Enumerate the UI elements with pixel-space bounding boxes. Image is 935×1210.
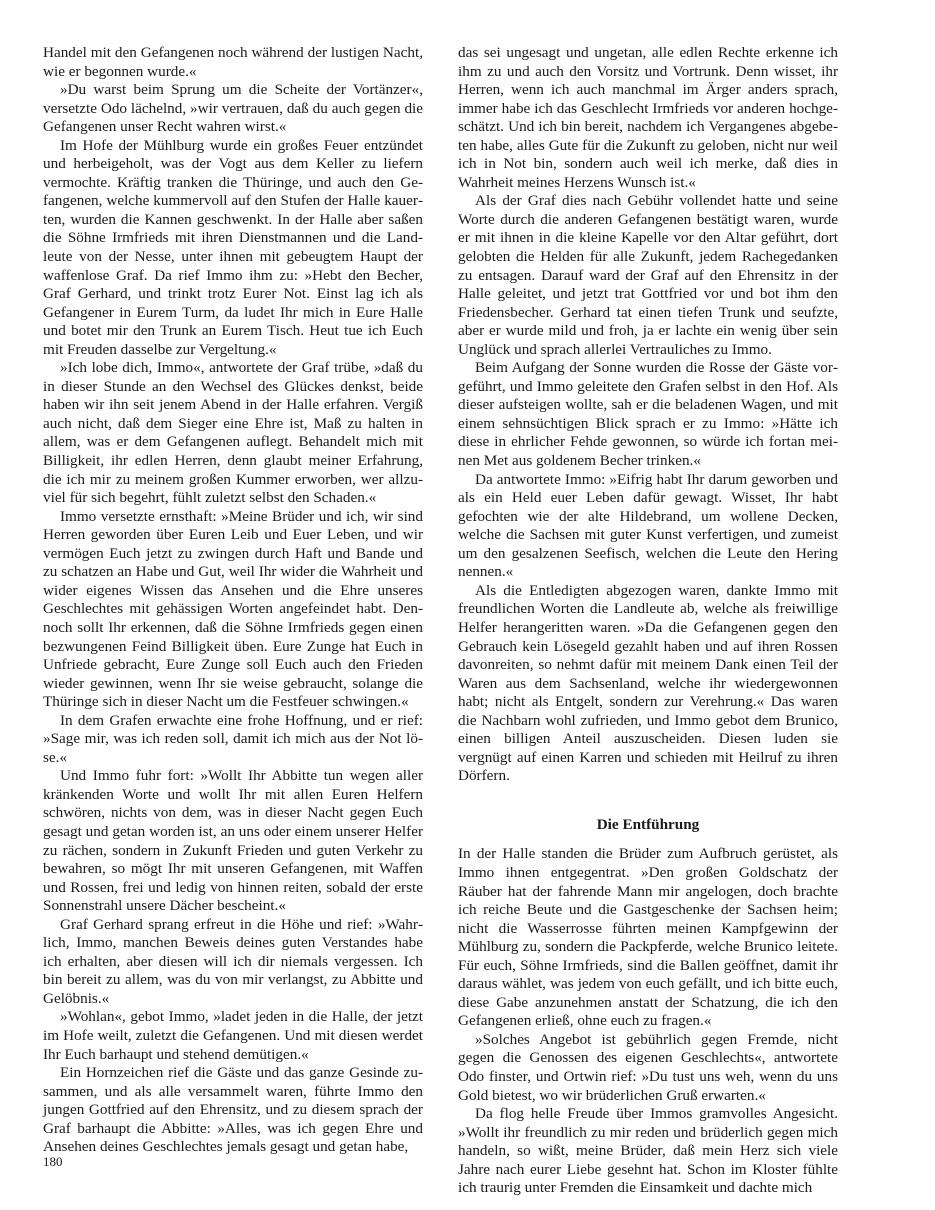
- paragraph: »Wohlan«, gebot Immo, »ladet jeden in di…: [43, 1008, 423, 1064]
- paragraph: In dem Grafen erwachte eine frohe Hoffnu…: [43, 712, 423, 768]
- paragraph: Da antwortete Immo: »Eifrig habt Ihr dar…: [458, 471, 838, 582]
- paragraph: In der Halle standen die Brüder zum Aufb…: [458, 845, 838, 1030]
- paragraph: Beim Aufgang der Sonne wurden die Rosse …: [458, 359, 838, 470]
- paragraph: Immo versetzte ernsthaft: »Meine Brüder …: [43, 508, 423, 712]
- right-column: das sei ungesagt und ungetan, alle edlen…: [458, 44, 838, 1198]
- paragraph: »Ich lobe dich, Immo«, antwortete der Gr…: [43, 359, 423, 507]
- paragraph: Im Hofe der Mühlburg wurde ein großes Fe…: [43, 137, 423, 360]
- paragraph: Und Immo fuhr fort: »Wollt Ihr Abbitte t…: [43, 767, 423, 915]
- paragraph: Graf Gerhard sprang erfreut in die Höhe …: [43, 916, 423, 1009]
- paragraph: Als der Graf dies nach Gebühr vollendet …: [458, 192, 838, 359]
- paragraph: Ein Hornzeichen rief die Gäste und das g…: [43, 1064, 423, 1157]
- paragraph: Als die Entledigten abgezogen waren, dan…: [458, 582, 838, 786]
- paragraph: »Solches Angebot ist gebührlich gegen Fr…: [458, 1031, 838, 1105]
- paragraph: Da flog helle Freude über Immos gramvoll…: [458, 1105, 838, 1198]
- paragraph: Handel mit den Gefangenen noch während d…: [43, 44, 423, 81]
- section-heading: Die Entführung: [458, 816, 838, 835]
- page-number: 180: [43, 1154, 63, 1170]
- left-column: Handel mit den Gefangenen noch während d…: [43, 44, 423, 1157]
- paragraph: »Du warst beim Sprung um die Scheite der…: [43, 81, 423, 137]
- paragraph: das sei ungesagt und ungetan, alle edlen…: [458, 44, 838, 192]
